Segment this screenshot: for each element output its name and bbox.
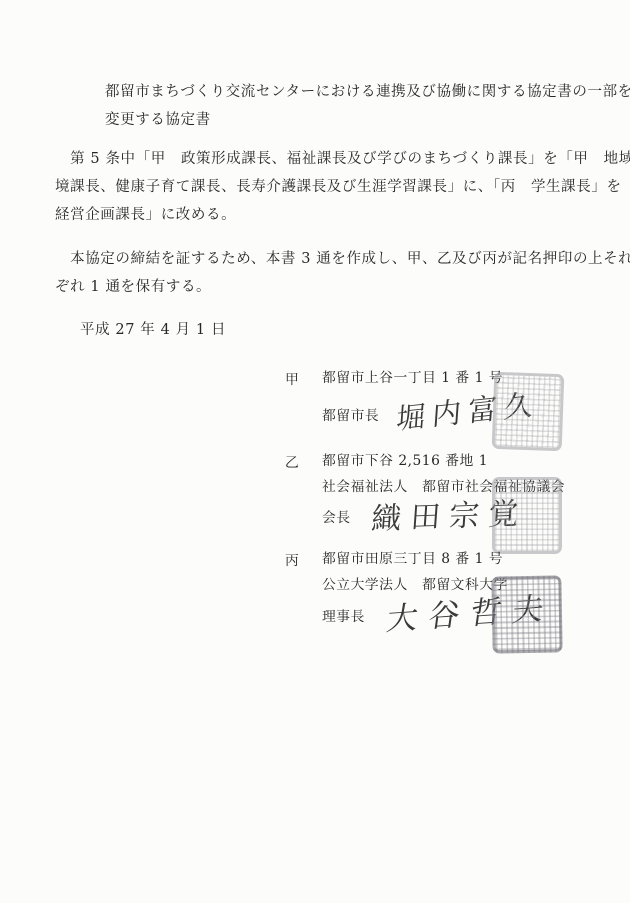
document-title: 都留市まちづくり交流センターにおける連携及び協働に関する協定書の一部を 変更する…	[105, 78, 630, 134]
party-role-kou: 都留市長	[322, 408, 379, 424]
party-block-kou: 甲 都留市上谷一丁目 1 番 1 号 都留市長 堀内富久	[285, 365, 615, 429]
party-label-hei: 丙	[285, 549, 299, 569]
party-role-hei: 理事長	[322, 609, 365, 625]
party-organization-hei: 公立大学法人 都留文科大学	[322, 572, 615, 598]
document-date: 平成 27 年 4 月 1 日	[80, 318, 226, 339]
official-seal-kou	[492, 372, 565, 451]
official-seal-otsu	[492, 477, 562, 554]
party-label-kou: 甲	[285, 368, 299, 388]
party-block-otsu: 乙 都留市下谷 2,516 番地 1 社会福祉法人 都留市社会福祉協議会 会長 …	[285, 448, 615, 531]
official-seal-hei	[491, 575, 562, 653]
amendment-paragraph: 第 5 条中「甲 政策形成課長、福祉課長及び学びのまちづくり課長」を「甲 地域環…	[55, 145, 630, 229]
party-role-otsu: 会長	[322, 510, 351, 526]
party-address-hei: 都留市田原三丁目 8 番 1 号	[322, 546, 615, 572]
party-organization-otsu: 社会福祉法人 都留市社会福祉協議会	[322, 474, 615, 500]
scanned-agreement-page: 都留市まちづくり交流センターにおける連携及び協働に関する協定書の一部を 変更する…	[0, 0, 630, 903]
closing-paragraph: 本協定の締結を証するため、本書 3 通を作成し、甲、乙及び丙が記名押印の上それ …	[55, 245, 630, 301]
party-address-otsu: 都留市下谷 2,516 番地 1	[322, 448, 615, 474]
party-label-otsu: 乙	[285, 451, 299, 471]
party-address-kou: 都留市上谷一丁目 1 番 1 号	[322, 365, 615, 391]
party-block-hei: 丙 都留市田原三丁目 8 番 1 号 公立大学法人 都留文科大学 理事長 大谷哲…	[285, 546, 615, 630]
